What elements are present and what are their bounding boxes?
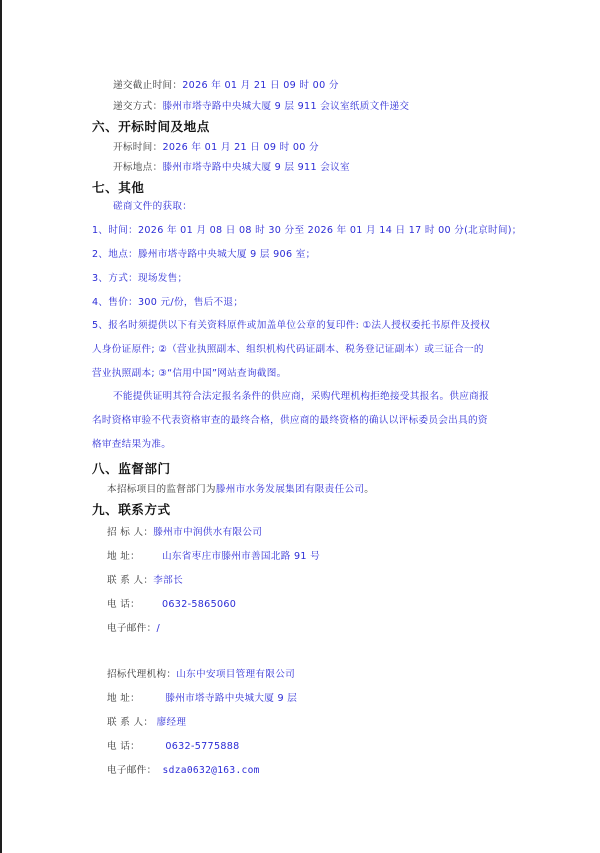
tenderer-email-label: 电子邮件： bbox=[107, 623, 156, 634]
eligibility-note-line1: 不能提供证明其符合法定报名条件的供应商，采购代理机构拒绝接受其报名。供应商报 bbox=[113, 390, 489, 404]
supervision-department: 滕州市水务发展集团有限责任公司 bbox=[216, 484, 364, 495]
doc-acquisition-intro: 磋商文件的获取： bbox=[113, 200, 192, 214]
supervision-suffix: 。 bbox=[364, 484, 374, 495]
tenderer-name-value: 滕州市中润供水有限公司 bbox=[153, 527, 262, 538]
supervision-prefix: 本招标项目的监督部门为 bbox=[107, 484, 216, 495]
opening-time-line: 开标时间：2026 年 01 月 21 日 09 时 00 分 bbox=[113, 141, 319, 155]
agency-contact-value: 廖经理 bbox=[153, 717, 186, 728]
acquisition-item5-line2: 人身份证原件; ②（营业执照副本、组织机构代码证副本、税务登记证副本）或三证合一… bbox=[92, 343, 484, 357]
document-page: 递交截止时间：2026 年 01 月 21 日 09 时 00 分 递交方式：滕… bbox=[0, 0, 600, 853]
agency-phone-label: 电 话： bbox=[107, 740, 162, 754]
opening-place-value: 滕州市塔寺路中央城大厦 9 层 911 会议室 bbox=[162, 162, 349, 173]
acquisition-item-place: 2、地点：滕州市塔寺路中央城大厦 9 层 906 室； bbox=[92, 248, 316, 262]
acquisition-item-time: 1、时间：2026 年 01 月 08 日 08 时 30 分至 2026 年 … bbox=[92, 224, 522, 238]
tenderer-phone-label: 电 话： bbox=[107, 598, 162, 612]
agency-email-label: 电子邮件： bbox=[107, 765, 156, 776]
agency-phone-value: 0632-5775888 bbox=[162, 741, 240, 752]
submission-deadline-label: 递交截止时间： bbox=[113, 80, 182, 91]
opening-time-label: 开标时间： bbox=[113, 142, 162, 153]
supervision-text: 本招标项目的监督部门为滕州市水务发展集团有限责任公司。 bbox=[107, 483, 374, 497]
agency-name-line: 招标代理机构：山东中安项目管理有限公司 bbox=[107, 668, 295, 682]
agency-contact-line: 联 系 人： 廖经理 bbox=[107, 716, 186, 730]
opening-time-value: 2026 年 01 月 21 日 09 时 00 分 bbox=[162, 142, 318, 153]
tenderer-contact-value: 李部长 bbox=[153, 575, 183, 586]
agency-phone-line: 电 话： 0632-5775888 bbox=[107, 740, 240, 754]
tenderer-contact-label: 联 系 人： bbox=[107, 575, 153, 586]
opening-place-label: 开标地点： bbox=[113, 162, 162, 173]
agency-name-value: 山东中安项目管理有限公司 bbox=[176, 669, 295, 680]
tenderer-phone-value: 0632-5865060 bbox=[162, 599, 236, 610]
tenderer-name-label: 招 标 人： bbox=[107, 527, 153, 538]
agency-name-label: 招标代理机构： bbox=[107, 669, 176, 680]
opening-place-line: 开标地点：滕州市塔寺路中央城大厦 9 层 911 会议室 bbox=[113, 161, 350, 175]
agency-email-line: 电子邮件： sdza0632@163.com bbox=[107, 764, 260, 778]
tenderer-address-label: 地 址： bbox=[107, 550, 162, 564]
acquisition-item-price: 4、售价：300 元/份，售后不退； bbox=[92, 296, 243, 310]
acquisition-item5-line1: 5、报名时须提供以下有关资料原件或加盖单位公章的复印件: ①法人授权委托书原件及… bbox=[92, 319, 490, 333]
submission-method-label: 递交方式： bbox=[113, 101, 162, 112]
section7-heading: 七、其他 bbox=[92, 180, 144, 196]
agency-address-value: 滕州市塔寺路中央城大厦 9 层 bbox=[162, 693, 297, 704]
section6-heading: 六、开标时间及地点 bbox=[92, 119, 210, 135]
agency-address-line: 地 址： 滕州市塔寺路中央城大厦 9 层 bbox=[107, 692, 297, 706]
acquisition-item-method: 3、方式：现场发售； bbox=[92, 272, 187, 286]
acquisition-item5-line3: 营业执照副本; ③“信用中国”网站查询截图。 bbox=[92, 367, 287, 381]
agency-contact-label: 联 系 人： bbox=[107, 717, 153, 728]
tenderer-contact-line: 联 系 人：李部长 bbox=[107, 574, 183, 588]
submission-deadline-value: 2026 年 01 月 21 日 09 时 00 分 bbox=[182, 80, 338, 91]
agency-email-value[interactable]: sdza0632@163.com bbox=[156, 765, 259, 776]
eligibility-note-line2: 名时资格审验不代表资格审查的最终合格，供应商的最终资格的确认以评标委员会出具的资 bbox=[92, 414, 488, 428]
agency-address-label: 地 址： bbox=[107, 692, 162, 706]
eligibility-note-line3: 格审查结果为准。 bbox=[92, 438, 171, 452]
tenderer-name-line: 招 标 人：滕州市中润供水有限公司 bbox=[107, 526, 262, 540]
submission-method-value: 滕州市塔寺路中央城大厦 9 层 911 会议室纸质文件递交 bbox=[162, 101, 409, 112]
submission-deadline-line: 递交截止时间：2026 年 01 月 21 日 09 时 00 分 bbox=[113, 79, 339, 93]
section9-heading: 九、联系方式 bbox=[92, 502, 171, 518]
tenderer-email-line: 电子邮件：/ bbox=[107, 622, 160, 636]
section8-heading: 八、监督部门 bbox=[92, 461, 171, 477]
tenderer-phone-line: 电 话：0632-5865060 bbox=[107, 598, 236, 612]
tenderer-email-value: / bbox=[156, 623, 160, 634]
submission-method-line: 递交方式：滕州市塔寺路中央城大厦 9 层 911 会议室纸质文件递交 bbox=[113, 100, 409, 114]
tenderer-address-value: 山东省枣庄市滕州市善国北路 91 号 bbox=[162, 551, 320, 562]
tenderer-address-line: 地 址：山东省枣庄市滕州市善国北路 91 号 bbox=[107, 550, 320, 564]
